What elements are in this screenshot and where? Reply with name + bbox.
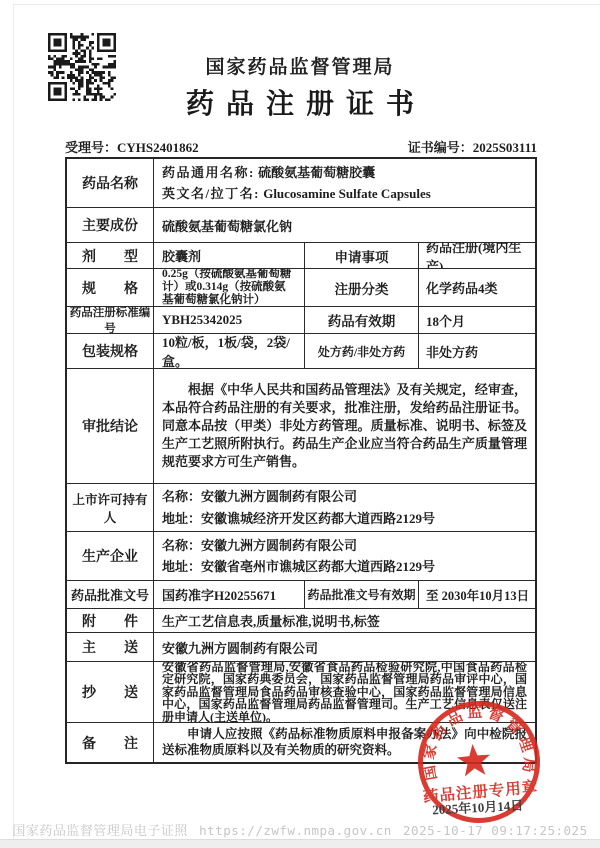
dosage-form-label: 剂 型 [67, 243, 153, 268]
validity-value: 18个月 [418, 307, 538, 333]
footer-label: 国家药品监督管理局电子证照 [12, 823, 188, 838]
package-value: 10粒/板，1板/袋，2袋/盒。 [153, 334, 304, 368]
holder-value: 名称：安徽九洲方圆制药有限公司 地址：安徽谯城经济开发区药都大道西路2129号 [153, 484, 535, 531]
table-row-main-recipient: 主 送 安徽九洲方圆制药有限公司 [67, 632, 535, 661]
main-recipient-value: 安徽九洲方圆制药有限公司 [153, 633, 535, 661]
footer-timestamp: 2025-10-17 09:17:25:025 [403, 823, 588, 838]
drug-name-value: 药品通用名称: 硫酸氨基葡萄糖胶囊 英文名/拉丁名: Glucosamine S… [153, 159, 535, 207]
table-row-ingredients: 主要成份 硫酸氨基葡萄糖氯化钠 [67, 207, 535, 242]
cc-label: 抄 送 [67, 662, 153, 722]
table-row-approval-conclusion: 审批结论 根据《中华人民共和国药品管理法》及有关规定，经审查，本品符合药品注册的… [67, 368, 535, 483]
validity-label: 药品有效期 [304, 307, 418, 333]
remarks-label: 备 注 [67, 723, 153, 762]
otc-label: 处方药/非处方药 [304, 334, 418, 368]
table-row-holder: 上市许可持有人 名称：安徽九洲方圆制药有限公司 地址：安徽谯城经济开发区药都大道… [67, 483, 535, 531]
certificate-number: 证书编号：2025S03111 [408, 137, 537, 156]
standard-no-value: YBH25342025 [153, 307, 304, 333]
seal-agency-text: 国家药品监督管理局 [414, 698, 539, 788]
table-row-approval-no: 药品批准文号 国药准字H20255671 药品批准文号有效期 至 2030年10… [67, 580, 535, 608]
certificate-title: 药品注册证书 [0, 82, 600, 122]
spec-label: 规 格 [67, 269, 153, 306]
manufacturer-value: 名称：安徽九洲方圆制药有限公司 地址：安徽省亳州市谯城区药都大道西路2129号 [153, 532, 535, 580]
manufacturer-label: 生产企业 [67, 532, 153, 580]
page-bottom-edge [0, 839, 600, 848]
certificate-page: 国家药品监督管理局 药品注册证书 受理号：CYHS2401862 证书编号：20… [0, 0, 600, 848]
standard-no-label: 药品注册标准编号 [67, 307, 153, 333]
certificate-table: 药品名称 药品通用名称: 硫酸氨基葡萄糖胶囊 英文名/拉丁名: Glucosam… [65, 157, 537, 764]
electronic-license-footer: 国家药品监督管理局电子证照 https://zwfw.nmpa.gov.cn 2… [0, 820, 600, 839]
ingredients-label: 主要成份 [67, 208, 153, 242]
package-label: 包装规格 [67, 334, 153, 368]
application-label: 申请事项 [304, 243, 418, 268]
approval-no-validity-label: 药品批准文号有效期 [304, 581, 418, 608]
drug-name-label: 药品名称 [67, 159, 153, 207]
agency-title: 国家药品监督管理局 [0, 52, 600, 79]
reference-line: 受理号：CYHS2401862 证书编号：2025S03111 [65, 137, 537, 156]
seal-star-icon [456, 743, 492, 777]
main-recipient-label: 主 送 [67, 633, 153, 661]
attachments-value: 生产工艺信息表,质量标准,说明书,标签 [153, 609, 535, 632]
approval-no-validity-value: 至 2030年10月13日 [418, 581, 538, 608]
reg-class-label: 注册分类 [304, 269, 418, 306]
table-row-standard-no: 药品注册标准编号 YBH25342025 药品有效期 18个月 [67, 306, 535, 333]
acceptance-number: 受理号：CYHS2401862 [65, 137, 199, 156]
table-row-dosage-form: 剂 型 胶囊剂 申请事项 药品注册(境内生产) [67, 242, 535, 268]
approval-conclusion-label: 审批结论 [67, 369, 153, 483]
ingredients-value: 硫酸氨基葡萄糖氯化钠 [153, 208, 535, 242]
spec-value: 0.25g（按硫酸氨基葡萄糖计）或0.314g（按硫酸氨基葡萄糖氯化钠计） [162, 269, 296, 306]
reg-class-value: 化学药品4类 [418, 269, 538, 306]
otc-value: 非处方药 [418, 334, 538, 368]
approval-conclusion-text: 根据《中华人民共和国药品管理法》及有关规定，经审查，本品符合药品注册的有关要求，… [162, 381, 527, 472]
application-value: 药品注册(境内生产) [418, 243, 538, 268]
footer-url: https://zwfw.nmpa.gov.cn [199, 823, 392, 838]
table-row-manufacturer: 生产企业 名称：安徽九洲方圆制药有限公司 地址：安徽省亳州市谯城区药都大道西路2… [67, 531, 535, 580]
holder-label: 上市许可持有人 [67, 484, 153, 531]
attachments-label: 附 件 [67, 609, 153, 632]
dosage-form-value: 胶囊剂 [153, 243, 304, 268]
table-row-attachments: 附 件 生产工艺信息表,质量标准,说明书,标签 [67, 608, 535, 632]
table-row-spec: 规 格 0.25g（按硫酸氨基葡萄糖计）或0.314g（按硫酸氨基葡萄糖氯化钠计… [67, 268, 535, 306]
approval-no-label: 药品批准文号 [67, 581, 153, 608]
approval-no-value: 国药准字H20255671 [153, 581, 304, 608]
table-row-package: 包装规格 10粒/板，1板/袋，2袋/盒。 处方药/非处方药 非处方药 [67, 333, 535, 368]
table-row-drug-name: 药品名称 药品通用名称: 硫酸氨基葡萄糖胶囊 英文名/拉丁名: Glucosam… [67, 159, 535, 207]
